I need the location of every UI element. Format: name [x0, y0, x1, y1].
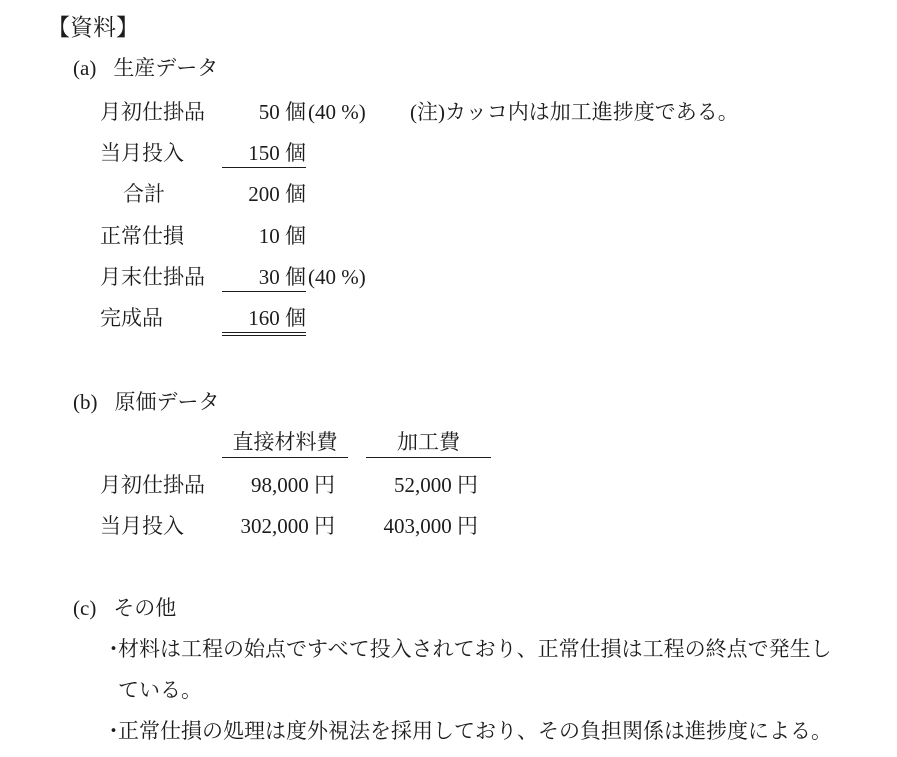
column-header-conversion-cost: 加工費 [366, 429, 491, 458]
progress-note: (注)カッコ内は加工進捗度である。 [410, 99, 739, 125]
row-value: 10 個 [222, 223, 306, 250]
cost-table-header-row: 直接材料費 加工費 [0, 429, 897, 459]
material-cost-value: 302,000 円 [222, 513, 348, 539]
row-progress: (40 %) [308, 99, 366, 125]
column-header-direct-material: 直接材料費 [222, 429, 348, 458]
section-a-title: 生産データ [113, 56, 218, 80]
conversion-cost-value: 403,000 円 [366, 513, 491, 539]
row-label: 合計 [123, 181, 165, 207]
row-label: 月末仕掛品 [100, 264, 205, 290]
bullet-text: 材料は工程の始点ですべて投入されており、正常仕損は工程の終点で発生し ている。 [118, 629, 832, 711]
material-cost-value: 98,000 円 [222, 472, 348, 498]
row-label: 完成品 [100, 305, 163, 331]
section-a-heading: (a)生産データ [73, 55, 218, 81]
bullet-text: 正常仕損の処理は度外視法を採用しており、その負担関係は進捗度による。 [118, 711, 832, 752]
cost-row-beginning-wip: 月初仕掛品 98,000 円 52,000 円 [0, 472, 897, 502]
section-b-heading: (b)原価データ [73, 389, 220, 415]
row-label: 月初仕掛品 [100, 99, 205, 125]
production-row-normal-spoilage: 正常仕損 10 個 [0, 223, 897, 253]
row-value: 200 個 [222, 181, 306, 208]
row-value: 50 個 [222, 99, 306, 126]
section-b-title: 原価データ [115, 390, 220, 414]
row-value: 30 個 [222, 264, 306, 292]
conversion-cost-value: 52,000 円 [366, 472, 491, 498]
row-label: 月初仕掛品 [100, 472, 205, 498]
page-title: 【資料】 [47, 13, 139, 43]
section-b-label: (b) [73, 390, 98, 414]
row-value: 160 個 [222, 305, 306, 336]
bullet-marker: ・ [103, 711, 118, 752]
document-page: 【資料】 (a)生産データ 月初仕掛品 50 個 (40 %) (注)カッコ内は… [0, 0, 897, 757]
row-label: 正常仕損 [100, 223, 184, 249]
production-row-beginning-wip: 月初仕掛品 50 個 (40 %) (注)カッコ内は加工進捗度である。 [0, 99, 897, 129]
note-bullet-material-input: ・ 材料は工程の始点ですべて投入されており、正常仕損は工程の終点で発生し ている… [103, 629, 832, 711]
row-label: 当月投入 [100, 513, 184, 539]
section-a-label: (a) [73, 56, 96, 80]
production-row-total: 合計 200 個 [0, 181, 897, 211]
row-value: 150 個 [222, 140, 306, 168]
row-progress: (40 %) [308, 264, 366, 290]
production-row-current-input: 当月投入 150 個 [0, 140, 897, 170]
section-c-label: (c) [73, 596, 96, 620]
production-row-finished-goods: 完成品 160 個 [0, 305, 897, 335]
cost-row-current-input: 当月投入 302,000 円 403,000 円 [0, 513, 897, 543]
note-bullet-spoilage-method: ・ 正常仕損の処理は度外視法を採用しており、その負担関係は進捗度による。 [103, 711, 832, 752]
row-label: 当月投入 [100, 140, 184, 166]
bullet-marker: ・ [103, 629, 118, 711]
production-row-ending-wip: 月末仕掛品 30 個 (40 %) [0, 264, 897, 294]
section-c-title: その他 [113, 596, 176, 620]
section-c-heading: (c)その他 [73, 595, 176, 621]
